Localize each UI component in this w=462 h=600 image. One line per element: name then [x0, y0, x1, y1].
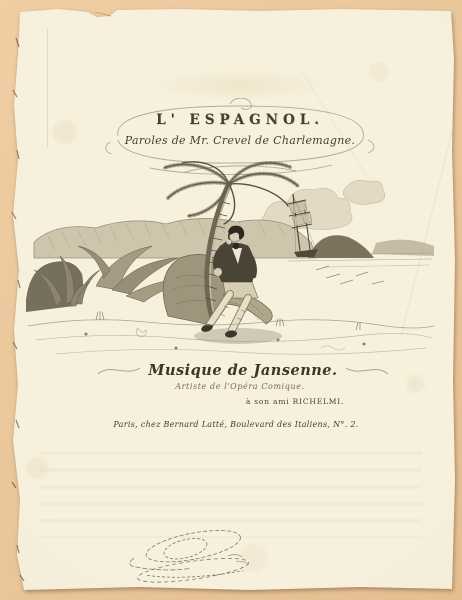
lithographer-monogram	[136, 328, 146, 337]
artist-signature	[321, 346, 345, 350]
clouds	[262, 180, 385, 229]
paper-wrap: L' ESPAGNOL. Paroles de Mr. Crevel de Ch…	[0, 0, 462, 600]
pencil-sketch-stamp	[114, 518, 278, 593]
dedication-line: à son ami RICHELMI.	[180, 397, 410, 406]
composer-subtitle: Artiste de l'Opéra Comique.	[9, 382, 462, 391]
composer-credit: Musique de Jansenne.	[148, 362, 337, 379]
lithograph-illustration	[26, 158, 436, 363]
publisher-imprint: Paris, chez Bernard Latté, Boulevard des…	[5, 420, 462, 429]
lyricist-credit: Paroles de Mr. Crevel de Charlemagne.	[9, 134, 462, 147]
title-block: L' ESPAGNOL. Paroles de Mr. Crevel de Ch…	[9, 112, 462, 147]
sheet-music-cover-page: L' ESPAGNOL. Paroles de Mr. Crevel de Ch…	[0, 0, 462, 600]
distant-headland	[372, 240, 434, 256]
left-flourish	[96, 361, 142, 379]
cliff	[34, 218, 316, 258]
right-flourish	[344, 361, 390, 379]
shore-rocks	[308, 235, 374, 258]
page-title: L' ESPAGNOL.	[9, 112, 462, 128]
scan-mat-background: L' ESPAGNOL. Paroles de Mr. Crevel de Ch…	[0, 0, 462, 600]
music-credit-row: Musique de Jansenne.	[12, 361, 462, 379]
